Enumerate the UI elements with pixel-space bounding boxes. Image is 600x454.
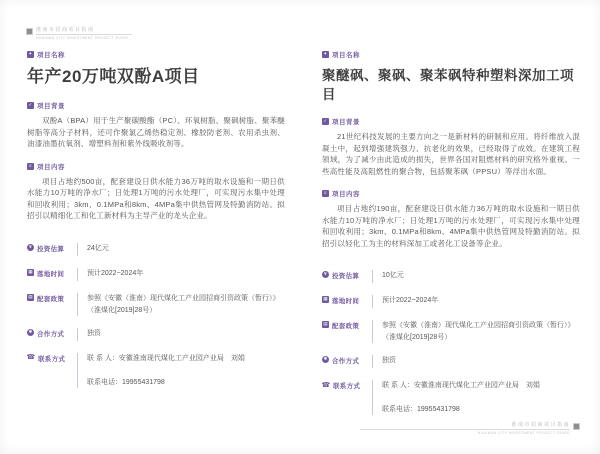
row-label-text: 联系方式 xyxy=(38,354,65,363)
contact-person: 联 系 人：安徽淮南现代煤化工产业园产业局 刘娟 xyxy=(382,380,580,391)
contact-person: 联 系 人：安徽淮南现代煤化工产业园产业局 刘娟 xyxy=(87,353,285,364)
background-label: ✓ 项目背景 xyxy=(27,101,285,110)
guide-title-cn: 淮南市招商项目指南 xyxy=(360,422,570,428)
row-label-text: 配套政策 xyxy=(332,321,359,330)
guide-spread: 淮南市招商项目指南 HUAINAN CITY INVESTMENT PROJEC… xyxy=(0,0,600,454)
policy-value: 参照《安徽（淮南）现代煤化工产业园招商引资政策（暂行）》 （淮煤化[2019]2… xyxy=(372,320,580,343)
cooperation-icon: ✱ xyxy=(322,356,329,363)
project-name-label: ✦ 项目名称 xyxy=(322,50,580,59)
guide-title-cn: 淮南市招商项目指南 xyxy=(36,27,132,33)
section-label-text: 项目背景 xyxy=(37,101,65,110)
guide-logo-icon xyxy=(26,28,33,35)
contact-phone: 联系电话：19955431798 xyxy=(87,377,285,388)
cooperation-icon: ✱ xyxy=(27,329,34,336)
row-label-text: 投资估算 xyxy=(37,244,64,253)
row-policy: ▤ 配套政策 参照《安徽（淮南）现代煤化工产业园招商引资政策（暂行）》 （淮煤化… xyxy=(322,320,580,343)
fact-rows: ¥ 投资估算 10亿元 ▦ 落地时间 预计2022~2024年 ▤ 配套政策 参… xyxy=(322,270,580,415)
policy-icon: ▤ xyxy=(322,321,329,328)
row-investment: ¥ 投资估算 10亿元 xyxy=(322,270,580,283)
row-cooperation: ✱ 合作方式 独资 xyxy=(322,355,580,368)
policy-icon: ▤ xyxy=(27,294,34,301)
phone-icon: ☎ xyxy=(27,354,35,362)
calendar-icon: ▦ xyxy=(27,269,34,276)
running-footer: 淮南市招商项目指南 HUAINAN CITY INVESTMENT PROJEC… xyxy=(360,422,580,436)
content-label: ≡ 项目内容 xyxy=(27,162,285,171)
project-name-icon: ✦ xyxy=(322,51,329,58)
section-label-text: 项目背景 xyxy=(332,117,360,126)
contact-value: 联 系 人：安徽淮南现代煤化工产业园产业局 刘娟 联系电话：1995543179… xyxy=(77,353,285,388)
row-label-text: 落地时间 xyxy=(332,296,359,305)
cooperation-value: 独资 xyxy=(372,355,580,368)
row-label-text: 配套政策 xyxy=(37,294,64,303)
section-label-text: 项目名称 xyxy=(37,50,65,59)
background-label: ✓ 项目背景 xyxy=(322,117,580,126)
cooperation-value: 独资 xyxy=(77,328,285,341)
content-paragraph: 项目占地约190亩，配套建设日供水能力36万吨的取水设施和一期日供水能力10万吨… xyxy=(322,203,580,249)
calendar-icon: ▦ xyxy=(322,296,329,303)
row-label-text: 合作方式 xyxy=(332,356,359,365)
content-icon: ≡ xyxy=(27,163,34,170)
section-label-text: 项目内容 xyxy=(332,189,360,198)
row-cooperation: ✱ 合作方式 独资 xyxy=(27,328,285,341)
background-paragraph: 21世纪科技发展的主要方向之一是新材料的研制和应用。将纤维放入混凝土中，起到增强… xyxy=(322,131,580,177)
row-timeline: ▦ 落地时间 预计2022~2024年 xyxy=(27,268,285,281)
project-name-label: ✦ 项目名称 xyxy=(27,50,285,59)
contact-phone: 联系电话：19955431798 xyxy=(382,404,580,415)
guide-title-en: HUAINAN CITY INVESTMENT PROJECT GUIDE xyxy=(360,431,570,436)
investment-value: 24亿元 xyxy=(77,243,285,256)
investment-icon: ¥ xyxy=(27,244,34,251)
row-policy: ▤ 配套政策 参照《安徽（淮南）现代煤化工产业园招商引资政策（暂行）》 （淮煤化… xyxy=(27,293,285,316)
investment-value: 10亿元 xyxy=(372,270,580,283)
contact-value: 联 系 人：安徽淮南现代煤化工产业园产业局 刘娟 联系电话：1995543179… xyxy=(372,380,580,415)
policy-line1: 参照《安徽（淮南）现代煤化工产业园招商引资政策（暂行）》 xyxy=(382,320,580,331)
timeline-value: 预计2022~2024年 xyxy=(77,268,285,281)
project-name-icon: ✦ xyxy=(27,51,34,58)
row-contact: ☎ 联系方式 联 系 人：安徽淮南现代煤化工产业园产业局 刘娟 联系电话：199… xyxy=(27,353,285,388)
fact-rows: ¥ 投资估算 24亿元 ▦ 落地时间 预计2022~2024年 ▤ 配套政策 参… xyxy=(27,243,285,388)
row-label-text: 投资估算 xyxy=(332,271,359,280)
row-label-text: 联系方式 xyxy=(333,381,360,390)
row-label-text: 落地时间 xyxy=(37,269,64,278)
timeline-value: 预计2022~2024年 xyxy=(372,295,580,308)
page-title: 年产20万吨双酚A项目 xyxy=(27,66,285,88)
policy-line1: 参照《安徽（淮南）现代煤化工产业园招商引资政策（暂行）》 xyxy=(87,293,285,304)
row-contact: ☎ 联系方式 联 系 人：安徽淮南现代煤化工产业园产业局 刘娟 联系电话：199… xyxy=(322,380,580,415)
content-icon: ≡ xyxy=(322,190,329,197)
guide-title-en: HUAINAN CITY INVESTMENT PROJECT GUIDE xyxy=(36,36,132,41)
running-header: 淮南市招商项目指南 HUAINAN CITY INVESTMENT PROJEC… xyxy=(26,27,132,41)
phone-icon: ☎ xyxy=(322,381,330,389)
row-timeline: ▦ 落地时间 预计2022~2024年 xyxy=(322,295,580,308)
policy-line2: （淮煤化[2019]28号） xyxy=(87,305,285,316)
policy-line2: （淮煤化[2019]28号） xyxy=(382,332,580,343)
background-icon: ✓ xyxy=(322,118,329,125)
content-label: ≡ 项目内容 xyxy=(322,189,580,198)
guide-logo-icon xyxy=(573,423,580,430)
row-investment: ¥ 投资估算 24亿元 xyxy=(27,243,285,256)
content-paragraph: 项目占地约500亩，配套建设日供水能力36万吨的取水设施和一期日供水能力10万吨… xyxy=(27,176,285,222)
project-page-left: ✦ 项目名称 年产20万吨双酚A项目 ✓ 项目背景 双酚A（BPA）用于生产聚碳… xyxy=(27,50,285,400)
section-label-text: 项目名称 xyxy=(332,50,360,59)
header-rule xyxy=(36,34,132,35)
page-title: 聚醚砜、聚砜、聚苯砜特种塑料深加工项目 xyxy=(322,66,580,104)
project-page-right: ✦ 项目名称 聚醚砜、聚砜、聚苯砜特种塑料深加工项目 ✓ 项目背景 21世纪科技… xyxy=(322,50,580,427)
background-paragraph: 双酚A（BPA）用于生产聚碳酸酯（PC）、环氧树脂、聚砜树脂、聚苯醚树脂等高分子… xyxy=(27,115,285,150)
background-icon: ✓ xyxy=(27,102,34,109)
investment-icon: ¥ xyxy=(322,271,329,278)
footer-rule xyxy=(360,429,570,430)
policy-value: 参照《安徽（淮南）现代煤化工产业园招商引资政策（暂行）》 （淮煤化[2019]2… xyxy=(77,293,285,316)
row-label-text: 合作方式 xyxy=(37,329,64,338)
section-label-text: 项目内容 xyxy=(37,162,65,171)
